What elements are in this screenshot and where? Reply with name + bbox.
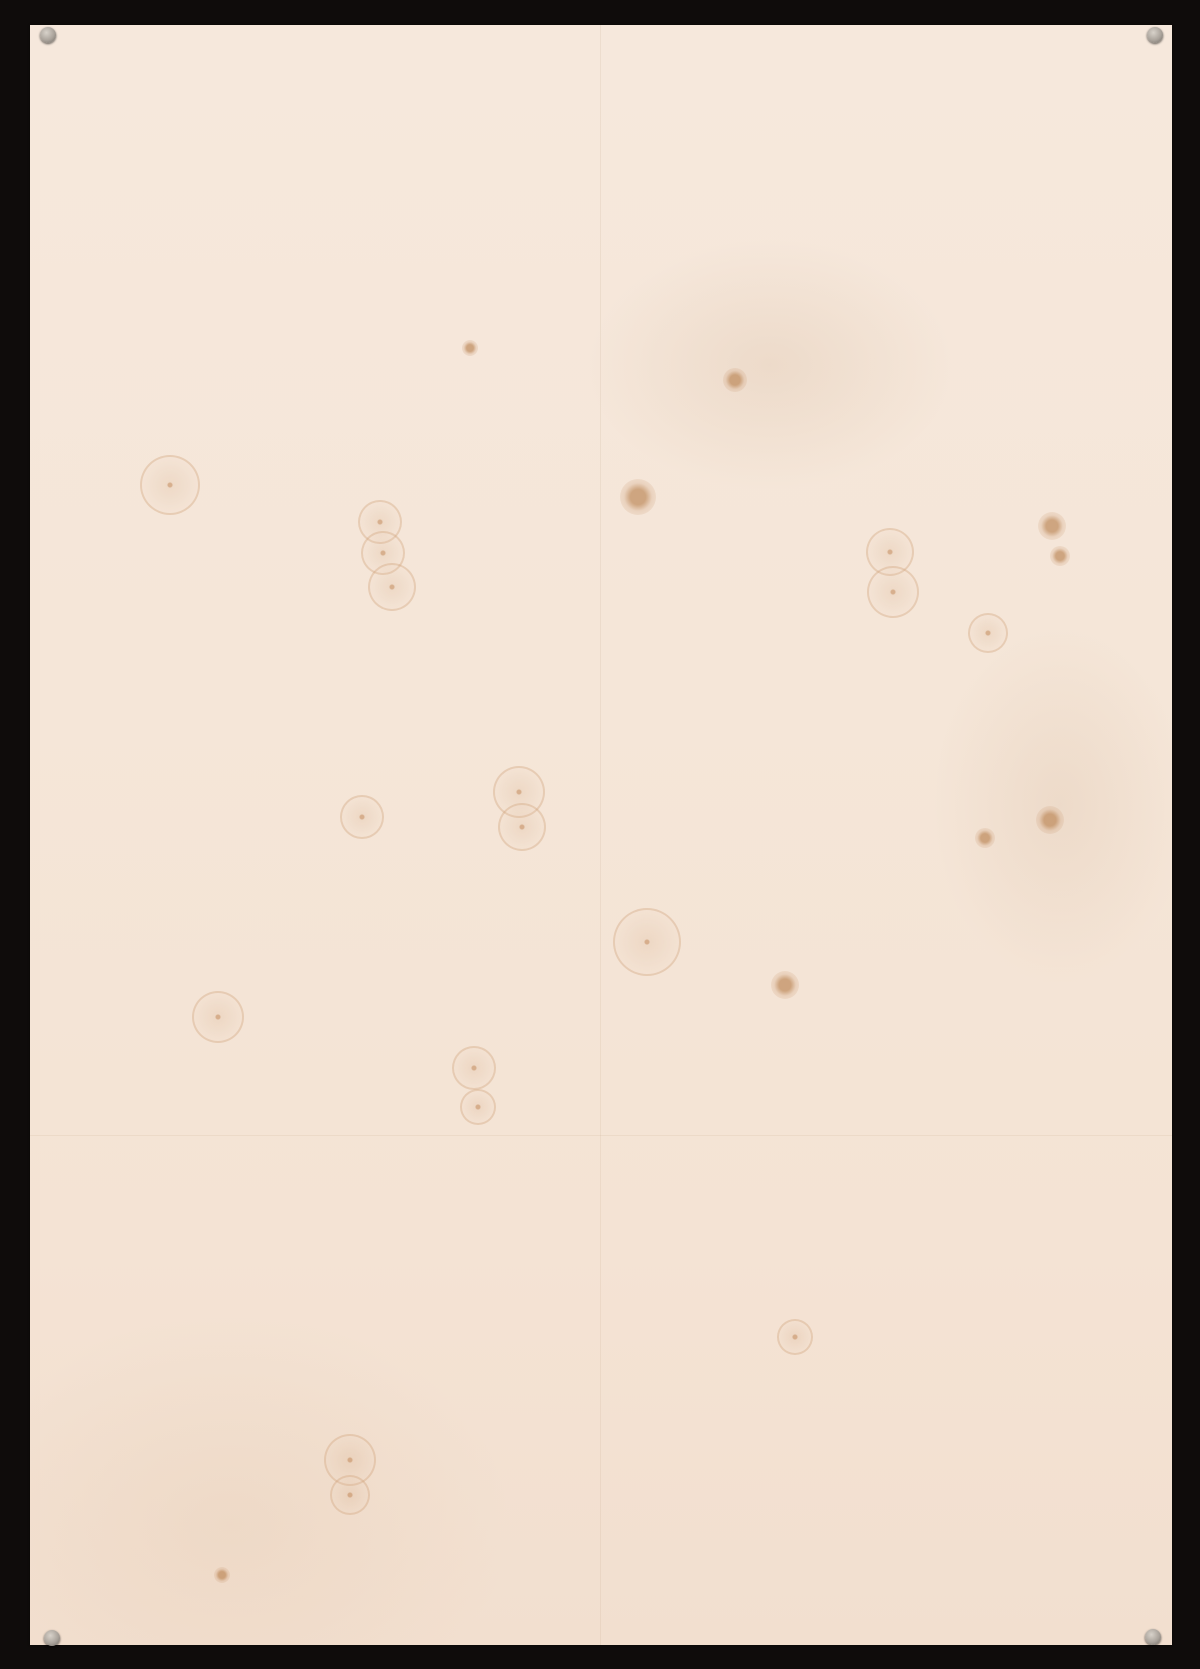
pin-bottom-left <box>44 1630 60 1646</box>
foxing-stain <box>1036 806 1064 834</box>
foxing-stain <box>340 795 384 839</box>
foxing-stain <box>368 563 416 611</box>
photo-stage <box>0 0 1200 1669</box>
foxing-stain <box>460 1089 496 1125</box>
horizontal-fold-line <box>30 1135 1172 1136</box>
foxing-stain <box>975 828 995 848</box>
foxing-stain <box>771 971 799 999</box>
foxing-stain <box>192 991 244 1043</box>
pin-top-right <box>1147 27 1163 43</box>
foxing-stain <box>1050 546 1070 566</box>
foxing-stain <box>452 1046 496 1090</box>
foxing-stain <box>214 1567 230 1583</box>
foxing-stain <box>867 566 919 618</box>
foxing-stain <box>613 908 681 976</box>
foxing-stain <box>968 613 1008 653</box>
foxing-stain <box>723 368 747 392</box>
vertical-fold-line <box>600 25 601 1645</box>
foxing-stain <box>330 1475 370 1515</box>
pin-bottom-right <box>1145 1629 1161 1645</box>
blank-poster-back <box>30 25 1172 1645</box>
foxing-stain <box>620 479 656 515</box>
foxing-stain <box>140 455 200 515</box>
foxing-stain <box>498 803 546 851</box>
pin-top-left <box>40 27 56 43</box>
foxing-stain <box>1038 512 1066 540</box>
foxing-stain <box>777 1319 813 1355</box>
foxing-stain <box>462 340 478 356</box>
